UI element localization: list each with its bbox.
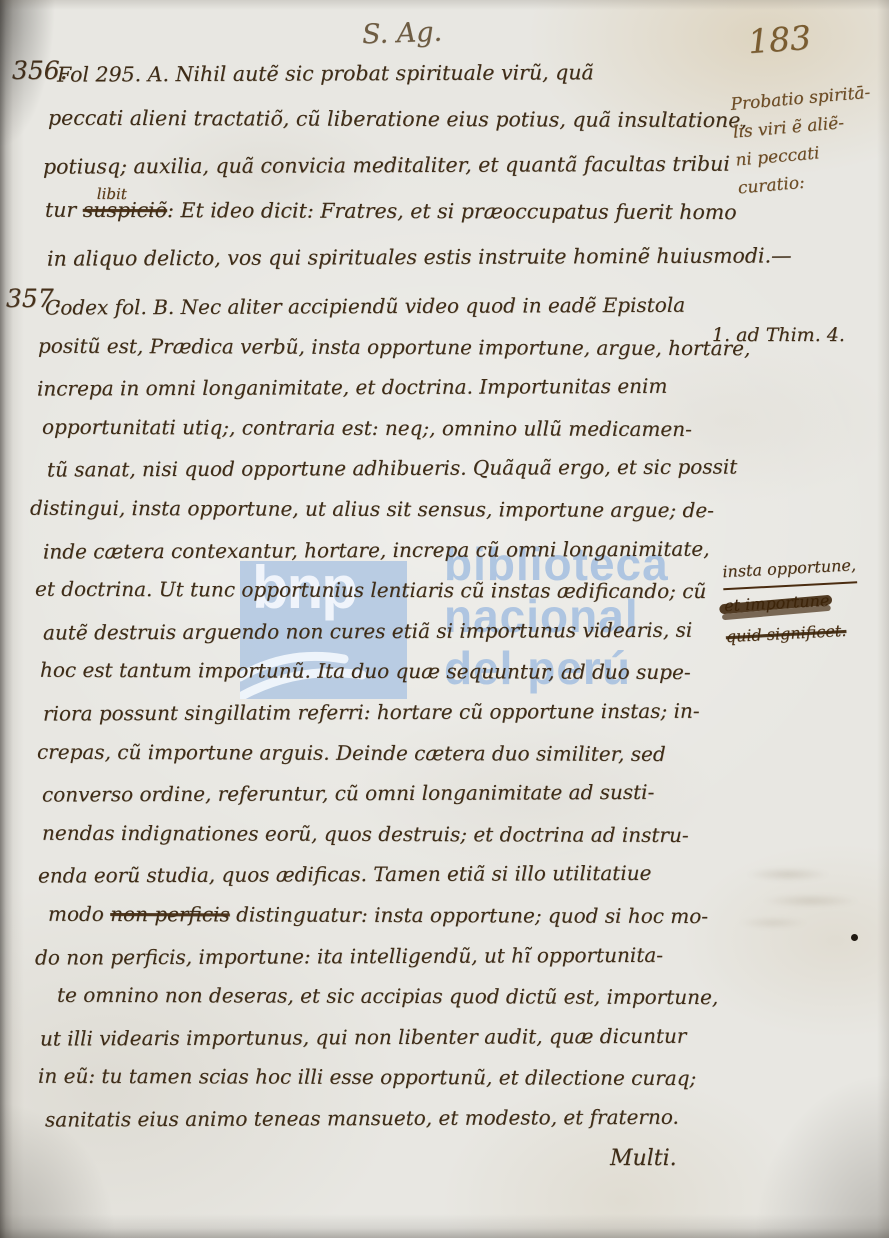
line-segment: modo [48, 902, 110, 926]
manuscript-page-scan: bnp biblioteca nacional del perú S. Ag. … [0, 0, 889, 1238]
page-edge-top [0, 0, 889, 10]
manuscript-line: inde cætera contexantur, hortare, increp… [43, 528, 751, 572]
margin-note-line-blotted: et importune [723, 585, 830, 621]
manuscript-line: et doctrina. Ut tunc opportunius lentiar… [35, 569, 750, 612]
manuscript-line: enda eorũ studia, quos ædificas. Tamen e… [38, 853, 751, 897]
manuscript-line: opportunitati utiq;, contraria est: neq;… [42, 407, 750, 450]
struck-word-wrap: suspiciõlibit [83, 187, 167, 233]
manuscript-line-with-correction: tur suspiciõlibit: Et ideo dicit: Fratre… [45, 187, 792, 236]
catchword: Multi. [610, 1146, 677, 1171]
manuscript-line: peccati alieni tractatiõ, cũ liberatione… [48, 95, 792, 144]
manuscript-line: te omnino non deseras, et sic accipias q… [57, 975, 750, 1018]
manuscript-line: converso ordine, referuntur, cũ omni lon… [42, 772, 751, 816]
manuscript-line: riora possunt singillatim referri: horta… [43, 690, 751, 734]
line-segment: tur [45, 198, 83, 222]
manuscript-line: crepas, cũ importune arguis. Deinde cæte… [37, 731, 750, 774]
manuscript-line: do non perficis, importune: ita intellig… [35, 934, 751, 978]
line-segment: : Et ideo dicit: Fratres, et si præoccup… [167, 198, 737, 224]
page-edge-left [0, 0, 26, 1238]
manuscript-line: nendas indignationes eorũ, quos destruis… [42, 812, 750, 855]
page-edge-bottom [0, 1214, 889, 1238]
struck-word: non perficis [110, 902, 230, 926]
manuscript-line: in eũ: tu tamen scias hoc illi esse oppo… [38, 1056, 750, 1099]
manuscript-line: increpa in omni longanimitate, et doctri… [37, 366, 751, 410]
paragraph-356: Fol 295. A. Nihil autẽ sic probat spirit… [43, 50, 792, 280]
page-header-title: S. Ag. [361, 17, 442, 51]
margin-note-probatio: Probatio spiritā- lis viri ẽ aliẽ- ni pe… [729, 78, 889, 203]
manuscript-line: in aliquo delicto, vos qui spirituales e… [47, 232, 792, 281]
margin-note-scripture-ref: 1. ad Thim. 4. [712, 324, 845, 346]
manuscript-line: Codex fol. B. Nec aliter accipiendũ vide… [45, 284, 751, 328]
margin-note-line-struck: quid significet. [725, 621, 846, 646]
manuscript-line-with-correction: modo non perficis distinguatur: insta op… [48, 894, 750, 937]
manuscript-line: potiusq; auxilia, quã convicia meditalit… [43, 140, 792, 189]
margin-note-line: ni peccati curatio: [734, 133, 889, 202]
manuscript-line: positũ est, Prædica verbũ, insta opportu… [38, 325, 750, 368]
manuscript-line: ut illi videaris importunus, qui non lib… [40, 1015, 751, 1059]
manuscript-line: autẽ destruis arguendo non cures etiã si… [43, 609, 751, 653]
page-corner-bottom-right [749, 1068, 889, 1238]
interlinear-correction: libit [97, 171, 127, 217]
manuscript-line: tũ sanat, nisi quod opportune adhibueris… [47, 447, 751, 491]
ink-speck [851, 934, 858, 941]
paragraph-357: Codex fol. B. Nec aliter accipiendũ vide… [30, 286, 750, 1138]
manuscript-line: hoc est tantum importunũ. Ita duo quæ se… [40, 650, 750, 693]
manuscript-line: Fol 295. A. Nihil autẽ sic probat spirit… [57, 48, 792, 97]
manuscript-line: sanitatis eius animo teneas mansueto, et… [45, 1096, 751, 1140]
margin-note-insta: insta opportune, et importune quid signi… [722, 548, 889, 652]
margin-note-line-underlined: insta opportune, [722, 549, 857, 590]
struck-word-wrap: non perficis [110, 894, 230, 935]
ink-bleedthrough-smudge [728, 848, 878, 936]
manuscript-line: distingui, insta opportune, ut alius sit… [30, 488, 750, 531]
line-segment: distinguatur: insta opportune; quod si h… [230, 902, 708, 928]
